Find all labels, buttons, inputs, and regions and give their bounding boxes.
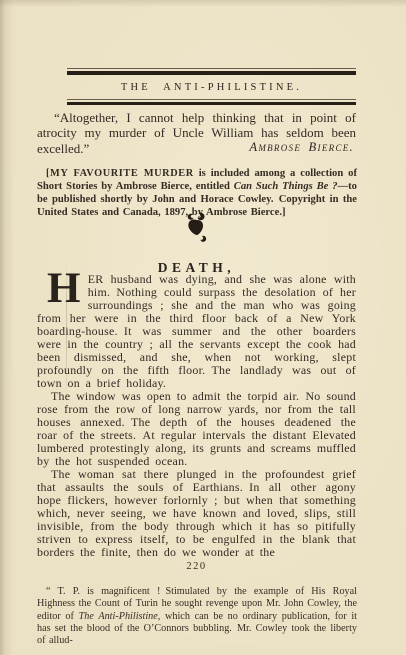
footnote: “ T. P. is magnificent ! Stimulated by t… (37, 586, 357, 647)
story-text: HER husband was dying, and she was alone… (37, 273, 356, 559)
running-title: THE ANTI-PHILISTINE. (67, 82, 356, 93)
folio-page-number: 220 (37, 561, 356, 572)
top-rule-thin (67, 68, 356, 69)
bottom-rule-thick (67, 102, 356, 106)
notice-lead: [MY FAVOURITE MURDER (46, 168, 194, 179)
story-paragraph-1-text: ER husband was dying, and she was alone … (37, 272, 356, 390)
story-paragraph-2: The window was open to admit the torpid … (37, 390, 356, 468)
epigraph: “Altogether, I cannot help thinking that… (37, 110, 356, 156)
drop-cap: H (47, 274, 81, 312)
notice-book-title: Can Such Things Be ? (234, 181, 338, 192)
top-rule-thick (67, 71, 356, 75)
story-paragraph-1: HER husband was dying, and she was alone… (37, 273, 356, 390)
bottom-rule-thin (67, 99, 356, 100)
masthead: THE ANTI-PHILISTINE. (67, 68, 356, 105)
epigraph-attribution: Ambrose Bierce. (249, 140, 354, 155)
footnote-journal-title: The Anti-Philistine (79, 611, 158, 622)
book-page: THE ANTI-PHILISTINE. “Altogether, I cann… (0, 0, 406, 655)
printers-ornament-icon (37, 212, 356, 244)
story-paragraph-3: The woman sat there plunged in the profo… (37, 468, 356, 559)
